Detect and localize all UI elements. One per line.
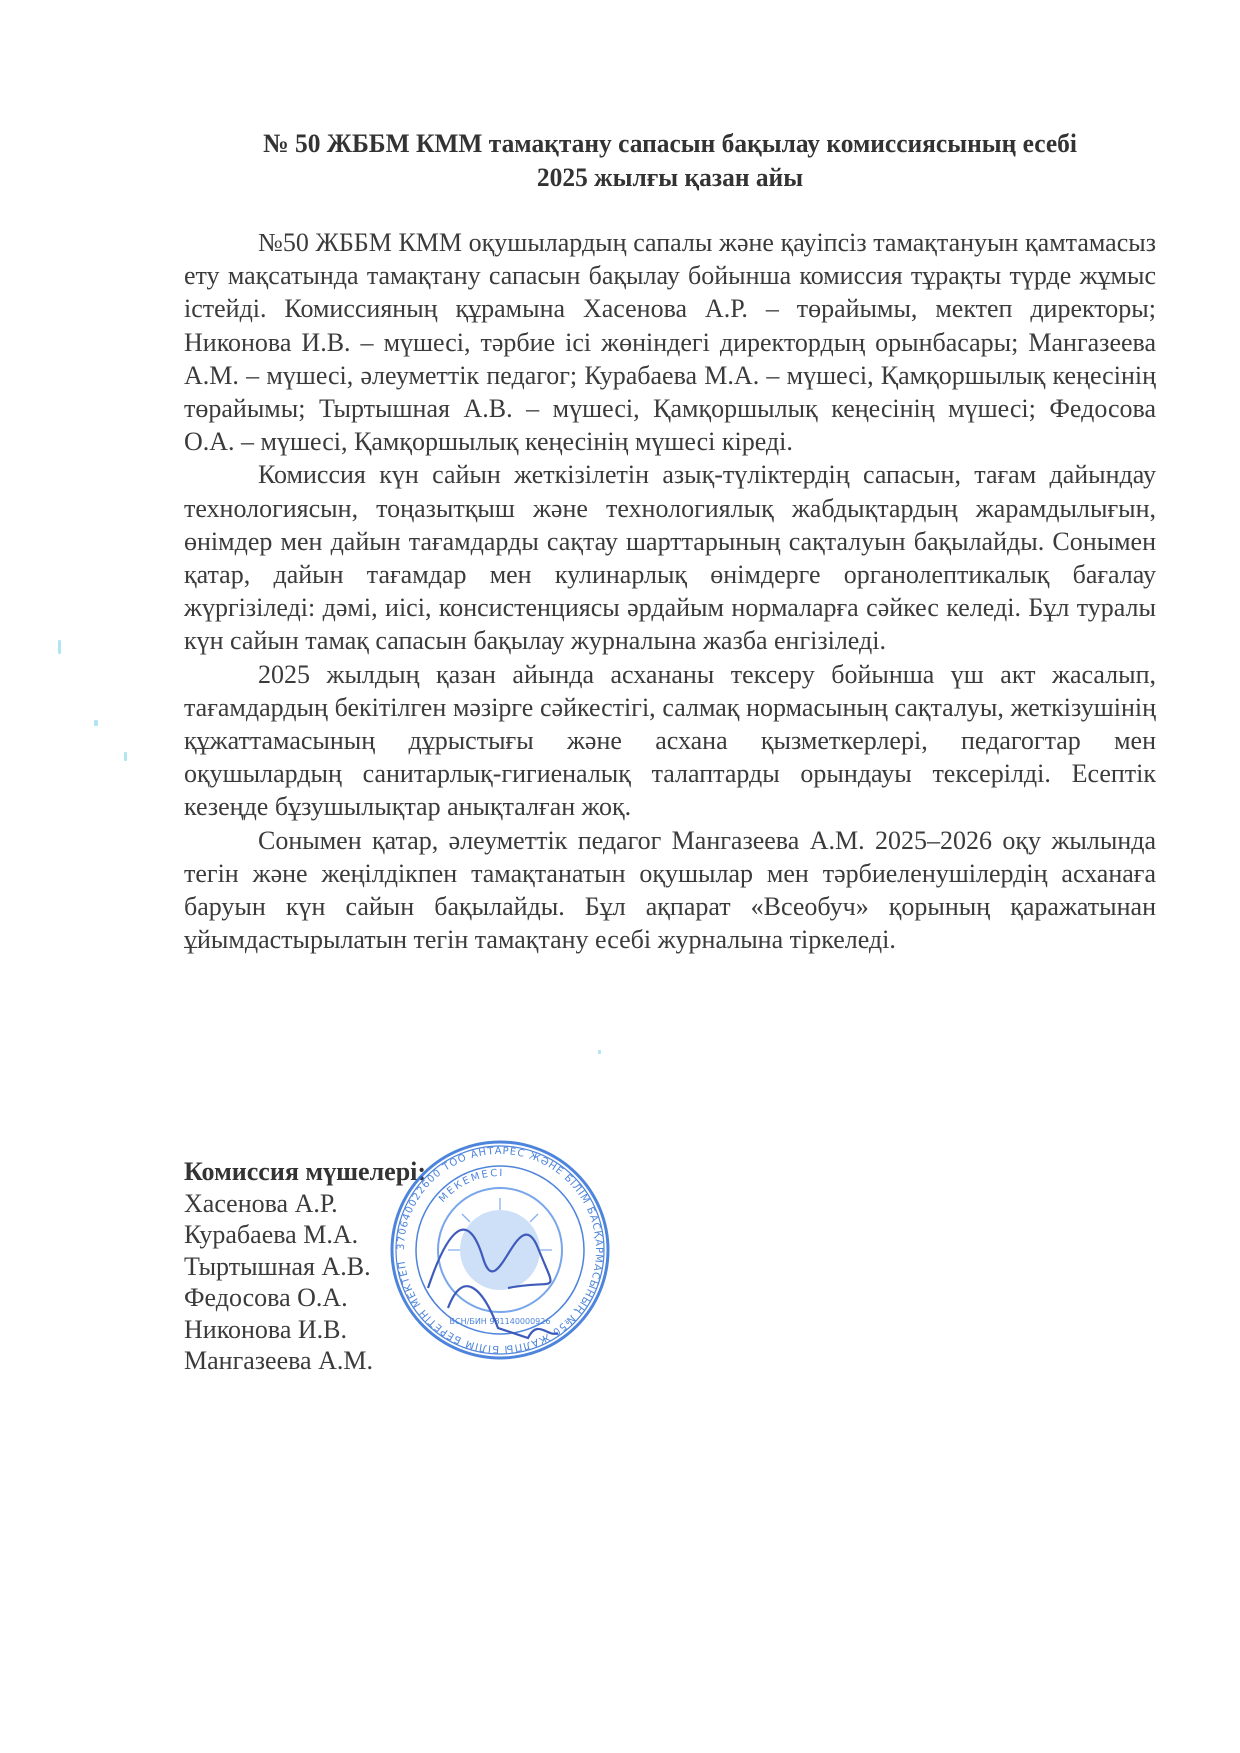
paragraph-daily-control: Комиссия күн сайын жеткізілетін азық-түл… xyxy=(184,458,1156,657)
member-name: Курабаева М.А. xyxy=(184,1219,604,1251)
paragraph-commission-composition: №50 ЖББМ КММ оқушылардың сапалы және қау… xyxy=(184,226,1156,458)
scan-noise xyxy=(598,1050,601,1054)
scan-noise xyxy=(94,720,98,726)
paragraph-free-meals: Сонымен қатар, әлеуметтік педагог Мангаз… xyxy=(184,824,1156,957)
commission-members: Комиссия мүшелері: Хасенова А.Р. Курабае… xyxy=(184,1156,604,1377)
member-name: Мангазеева А.М. xyxy=(184,1345,604,1377)
member-name: Хасенова А.Р. xyxy=(184,1188,604,1220)
title-line-2: 2025 жылғы қазан айы xyxy=(200,160,1141,194)
document-title: № 50 ЖББМ КММ тамақтану сапасын бақылау … xyxy=(200,126,1141,194)
members-heading: Комиссия мүшелері: xyxy=(184,1156,604,1188)
member-name: Никонова И.В. xyxy=(184,1314,604,1346)
report-body: №50 ЖББМ КММ оқушылардың сапалы және қау… xyxy=(184,226,1156,956)
member-name: Тыртышная А.В. xyxy=(184,1251,604,1283)
scan-noise xyxy=(124,752,127,761)
member-name: Федосова О.А. xyxy=(184,1282,604,1314)
title-line-1: № 50 ЖББМ КММ тамақтану сапасын бақылау … xyxy=(200,126,1141,160)
document-page: № 50 ЖББМ КММ тамақтану сапасын бақылау … xyxy=(0,0,1240,1753)
paragraph-october-inspection: 2025 жылдың қазан айында асхананы тексер… xyxy=(184,658,1156,824)
scan-noise xyxy=(58,640,61,654)
